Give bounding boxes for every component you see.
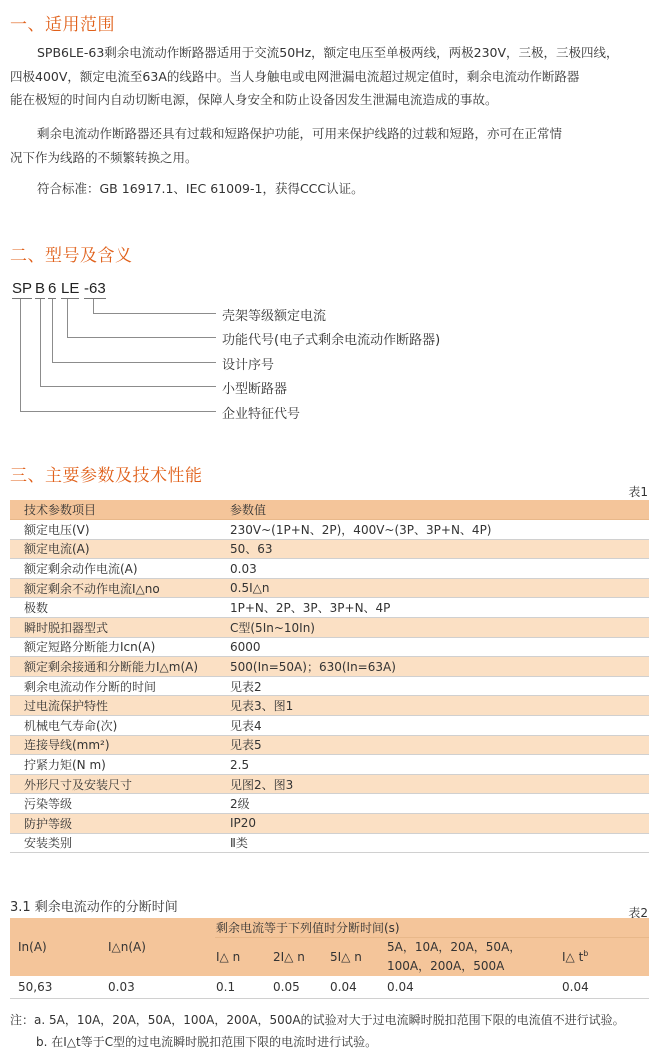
code-part-63: -63 xyxy=(84,281,106,299)
param-value: 1P+N、2P、3P、3P+N、4P xyxy=(216,598,649,618)
breaking-time-table: In(A) I△n(A) 剩余电流等于下列值时分断时间(s) I△ n 2I△ … xyxy=(10,918,649,999)
section-3-1-title: 3.1 剩余电流动作的分断时间 xyxy=(10,896,178,915)
param-name: 安装类别 xyxy=(10,833,216,853)
leader-line xyxy=(20,299,21,412)
param-name: 连接导线(mm²) xyxy=(10,735,216,755)
table-row: 额定电压(V) 230V~(1P+N、2P)，400V~(3P、3P+N、4P) xyxy=(10,520,649,540)
header-in: In(A) xyxy=(10,918,87,976)
leader-line xyxy=(52,362,216,363)
code-part-le: LE xyxy=(61,281,79,299)
param-value: 见表3、图1 xyxy=(216,696,649,716)
param-value: 50、63 xyxy=(216,539,649,559)
table-row: 连接导线(mm²) 见表5 xyxy=(10,735,649,755)
section-1-paragraph-line: 剩余电流动作断路器还具有过载和短路保护功能，可用来保护线路的过载和短路，亦可在正… xyxy=(37,122,562,146)
cell-in: 50,63 xyxy=(10,976,87,998)
param-name: 剩余电流动作分断的时间 xyxy=(10,676,216,696)
section-1-paragraph-line: SPB6LE-63剩余电流动作断路器适用于交流50Hz，额定电压至单极两线，两极… xyxy=(37,41,619,65)
table-header-row: 技术参数项目 参数值 xyxy=(10,500,649,520)
model-code: SP B 6 LE -63 xyxy=(0,0,660,1)
param-name: 极数 xyxy=(10,598,216,618)
param-name: 额定剩余动作电流(A) xyxy=(10,559,216,579)
cell-idn: 0.03 xyxy=(87,976,215,998)
section-1-title: 一、适用范围 xyxy=(10,10,115,35)
leader-line xyxy=(20,411,216,412)
meaning-enterprise-code: 企业特征代号 xyxy=(222,403,300,422)
header-idt-text: I△ t xyxy=(562,950,583,964)
header-5x-idn: 5I△ n xyxy=(329,937,386,976)
leader-line xyxy=(67,299,68,338)
table-row: 额定短路分断能力Icn(A) 6000 xyxy=(10,637,649,657)
param-value: IP20 xyxy=(216,814,649,834)
table-row: 50,63 0.03 0.1 0.05 0.04 0.04 0.04 xyxy=(10,976,649,998)
table-row: 剩余电流动作分断的时间 见表2 xyxy=(10,676,649,696)
table-1-label: 表1 xyxy=(628,483,648,500)
standards-line: 符合标准：GB 16917.1、IEC 61009-1，获得CCC认证。 xyxy=(37,177,364,201)
cell-fixed-currents: 0.04 xyxy=(386,976,549,998)
cell-1x-idn: 0.1 xyxy=(215,976,272,998)
param-name: 外形尺寸及安装尺寸 xyxy=(10,774,216,794)
param-name: 过电流保护特性 xyxy=(10,696,216,716)
note-a: 注：a. 5A，10A，20A，50A，100A，200A，500A的试验对大于… xyxy=(10,1011,625,1028)
cell-idt: 0.04 xyxy=(549,976,649,998)
section-3-title: 三、主要参数及技术性能 xyxy=(10,461,203,486)
header-fixed-currents-line-2: 100A，200A，500A xyxy=(387,957,549,976)
param-value: 见表5 xyxy=(216,735,649,755)
param-value: 见表4 xyxy=(216,716,649,736)
param-name: 额定剩余接通和分断能力I△m(A) xyxy=(10,657,216,677)
table-row: 防护等级 IP20 xyxy=(10,814,649,834)
leader-line xyxy=(52,299,53,363)
table-row: 极数 1P+N、2P、3P、3P+N、4P xyxy=(10,598,649,618)
header-fixed-currents: 5A，10A，20A，50A， 100A，200A，500A xyxy=(386,937,549,976)
param-value: 230V~(1P+N、2P)，400V~(3P、3P+N、4P) xyxy=(216,520,649,540)
param-name: 污染等级 xyxy=(10,794,216,814)
param-name: 额定电压(V) xyxy=(10,520,216,540)
param-name: 额定剩余不动作电流I△no xyxy=(10,578,216,598)
param-name: 拧紧力矩(N m) xyxy=(10,755,216,775)
meaning-miniature-breaker: 小型断路器 xyxy=(222,378,287,397)
table-row: 外形尺寸及安装尺寸 见图2、图3 xyxy=(10,774,649,794)
meaning-frame-current: 壳架等级额定电流 xyxy=(222,305,326,324)
table-row: 安装类别 Ⅱ类 xyxy=(10,833,649,853)
leader-line xyxy=(67,337,216,338)
param-value: 0.5I△n xyxy=(216,578,649,598)
param-value: Ⅱ类 xyxy=(216,833,649,853)
param-value: 见表2 xyxy=(216,676,649,696)
header-group-breaking-time: 剩余电流等于下列值时分断时间(s) xyxy=(215,918,649,937)
param-name: 额定短路分断能力Icn(A) xyxy=(10,637,216,657)
table-row: 拧紧力矩(N m) 2.5 xyxy=(10,755,649,775)
leader-line xyxy=(40,386,216,387)
header-fixed-currents-line-1: 5A，10A，20A，50A， xyxy=(387,938,549,957)
param-name: 机械电气寿命(次) xyxy=(10,716,216,736)
param-value: C型(5In~10In) xyxy=(216,618,649,638)
table-row: 污染等级 2级 xyxy=(10,794,649,814)
table-row: 瞬时脱扣器型式 C型(5In~10In) xyxy=(10,618,649,638)
section-2-title: 二、型号及含义 xyxy=(10,241,133,266)
header-param-value: 参数值 xyxy=(216,500,649,520)
header-idt: I△ tb xyxy=(549,937,649,976)
leader-line xyxy=(93,299,94,314)
section-1-paragraph-line: 四极400V，额定电流至63A的线路中。当人身触电或电网泄漏电流超过规定值时，剩… xyxy=(10,65,579,89)
table-row: 过电流保护特性 见表3、图1 xyxy=(10,696,649,716)
table-row: 机械电气寿命(次) 见表4 xyxy=(10,716,649,736)
table-header-row: In(A) I△n(A) 剩余电流等于下列值时分断时间(s) xyxy=(10,918,649,937)
param-name: 额定电流(A) xyxy=(10,539,216,559)
leader-line xyxy=(93,313,216,314)
cell-5x-idn: 0.04 xyxy=(329,976,386,998)
param-value: 2.5 xyxy=(216,755,649,775)
header-2x-idn: 2I△ n xyxy=(272,937,329,976)
header-1x-idn: I△ n xyxy=(215,937,272,976)
section-1-paragraph-line: 况下作为线路的不频繁转换之用。 xyxy=(10,146,198,170)
note-b: b. 在I△t等于C型的过电流瞬时脱扣范围下限的电流时进行试验。 xyxy=(36,1033,377,1050)
section-1-paragraph-line: 能在极短的时间内自动切断电源，保障人身安全和防止设备因发生泄漏电流造成的事故。 xyxy=(10,88,498,112)
header-idn: I△n(A) xyxy=(87,918,215,976)
parameters-table: 技术参数项目 参数值 额定电压(V) 230V~(1P+N、2P)，400V~(… xyxy=(10,500,649,853)
param-value: 2级 xyxy=(216,794,649,814)
header-param-item: 技术参数项目 xyxy=(10,500,216,520)
param-value: 500(In=50A)；630(In=63A) xyxy=(216,657,649,677)
cell-2x-idn: 0.05 xyxy=(272,976,329,998)
table-row: 额定剩余不动作电流I△no 0.5I△n xyxy=(10,578,649,598)
table-row: 额定电流(A) 50、63 xyxy=(10,539,649,559)
param-value: 0.03 xyxy=(216,559,649,579)
table-row: 额定剩余动作电流(A) 0.03 xyxy=(10,559,649,579)
code-part-sp: SP xyxy=(12,281,32,299)
param-value: 6000 xyxy=(216,637,649,657)
meaning-design-serial: 设计序号 xyxy=(222,354,274,373)
meaning-function-code: 功能代号(电子式剩余电流动作断路器) xyxy=(222,329,440,348)
table-row: 额定剩余接通和分断能力I△m(A) 500(In=50A)；630(In=63A… xyxy=(10,657,649,677)
param-value: 见图2、图3 xyxy=(216,774,649,794)
footnote-marker-b: b xyxy=(583,949,588,958)
param-name: 瞬时脱扣器型式 xyxy=(10,618,216,638)
code-part-6: 6 xyxy=(48,281,56,299)
param-name: 防护等级 xyxy=(10,814,216,834)
code-part-b: B xyxy=(35,281,45,299)
leader-line xyxy=(40,299,41,387)
